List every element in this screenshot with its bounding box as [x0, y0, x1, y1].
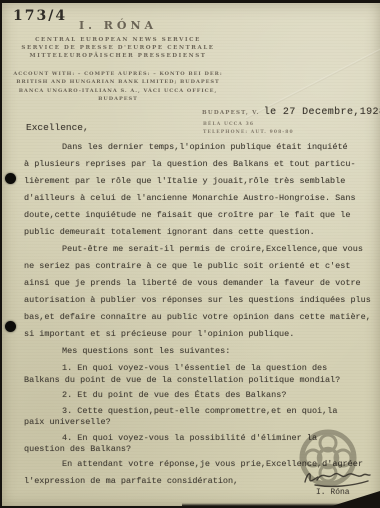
letter-line: Peut-être me serait-il permis de croire,… — [24, 241, 380, 258]
letterhead-subtitle: SERVICE DE PRESSE D'EUROPE CENTRALE — [10, 44, 226, 52]
signature-typed-name: I. Róna — [316, 488, 350, 497]
letter-question-line: 3. Cette question,peut-elle compromettre… — [24, 406, 380, 418]
letterhead: I. RÓNA CENTRAL EUROPEAN NEWS SERVICE SE… — [10, 19, 226, 104]
letterhead-bank-line: ACCOUNT WITH: – COMPTE AUPRÈS: – KONTO B… — [10, 70, 226, 79]
letterhead-telephone: TELEPHONE: AUT. 908-80 — [203, 130, 294, 135]
letter-line: à plusieurs reprises par la question des… — [24, 156, 380, 173]
letterhead-bank-line: BUDAPEST — [10, 95, 226, 104]
letter-question-line: 1. En quoi voyez-vous l'éssentiel de la … — [24, 363, 380, 375]
signature-handwriting — [300, 467, 372, 489]
letter-question-line: paix universelle? — [24, 417, 380, 429]
letterhead-address: BÉLA UCCA 36 — [203, 122, 254, 127]
letterhead-name: I. RÓNA — [10, 19, 226, 32]
dateline: BUDAPEST, V. le 27 Decembre,1928 — [202, 107, 380, 118]
letter-line: doute,cette inquiétude ne faisait que cr… — [24, 207, 380, 224]
letter-date: le 27 Decembre,1928 — [264, 107, 380, 118]
scanned-letter-page: 173/4 I. RÓNA CENTRAL EUROPEAN NEWS SERV… — [0, 0, 380, 508]
letter-line: ne seriez pas contraire à ce que le publ… — [24, 258, 380, 275]
letter-line: d'ailleurs à celui de l'ancienne Monarch… — [24, 190, 380, 207]
letterhead-bank-line: BANCA UNGARO-ITALIANA S. A., VÁCI UCCA O… — [10, 87, 226, 96]
letter-question-line: 2. Et du point de vue des États des Balk… — [24, 390, 380, 402]
punch-hole — [5, 321, 16, 332]
letter-line: si important et si précieuse pour l'opin… — [24, 326, 380, 343]
dateline-place: BUDAPEST, V. — [202, 110, 260, 116]
letter-line: public demeurait totalement ignorant dan… — [24, 224, 380, 241]
letter-line: ainsi que je prends la liberté de vous d… — [24, 275, 380, 292]
letterhead-bank-line: BRITISH AND HUNGARIAN BANK LIMITED; BUDA… — [10, 78, 226, 87]
letterhead-subtitle: CENTRAL EUROPEAN NEWS SERVICE — [10, 36, 226, 44]
letter-line: Dans les dernier temps,l'opinion publiqu… — [24, 139, 380, 156]
letter-line: bas,et defaire connaître au public votre… — [24, 309, 380, 326]
letter-paper: 173/4 I. RÓNA CENTRAL EUROPEAN NEWS SERV… — [2, 3, 380, 506]
letter-question-line: Balkans du point de vue de la constellat… — [24, 375, 380, 387]
letterhead-subtitle: MITTELEUROPÄISCHER PRESSEDIENST — [10, 52, 226, 60]
letter-line: autorisation à publier vos réponses sur … — [24, 292, 380, 309]
salutation: Excellence, — [26, 122, 89, 133]
letter-line: lièrement par le rôle que l'Italie y jou… — [24, 173, 380, 190]
letter-line: Mes questions sont les suivantes: — [24, 343, 380, 360]
punch-hole — [5, 173, 16, 184]
